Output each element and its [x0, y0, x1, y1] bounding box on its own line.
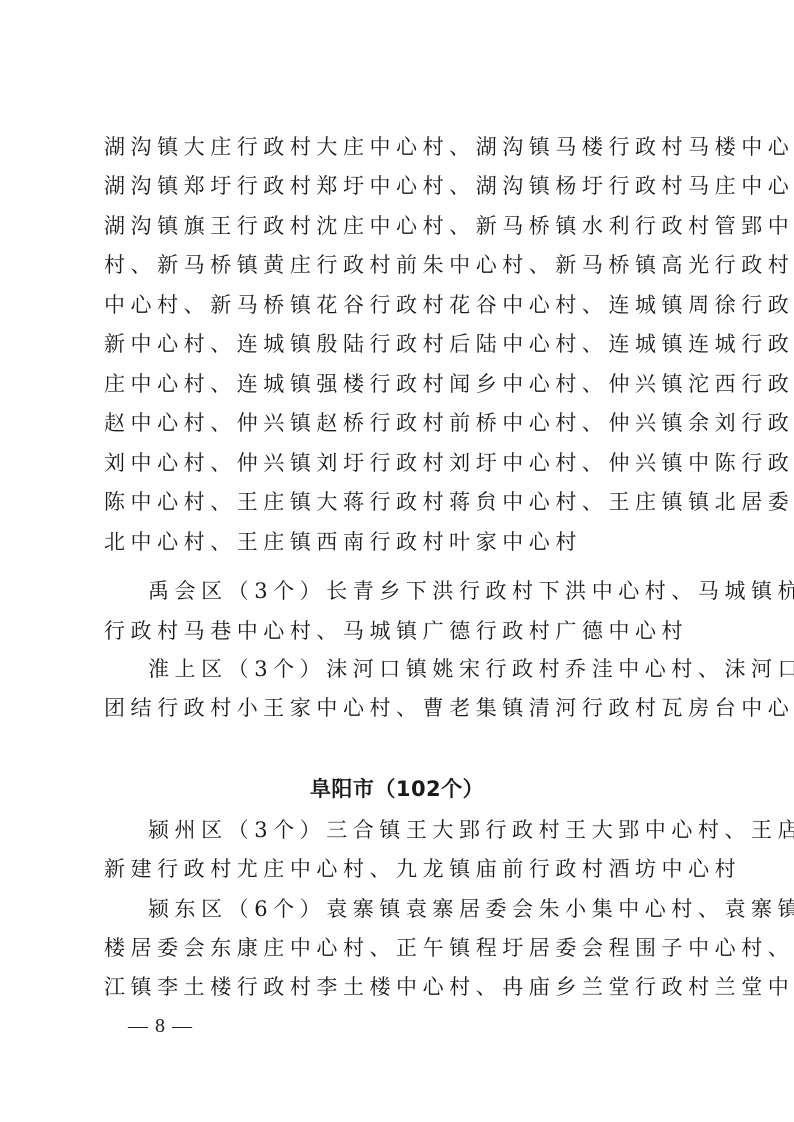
page-number: — 8 —	[128, 1012, 193, 1040]
text-line: 湖沟镇大庄行政村大庄中心村、湖沟镇马楼行政村马楼中心村、	[104, 132, 704, 162]
text-line: 江镇李土楼行政村李土楼中心村、冉庙乡兰堂行政村兰堂中心	[104, 972, 704, 1002]
paragraph-huaishang-district: 淮上区（3个）沫河口镇姚宋行政村乔洼中心村、沫河口镇	[148, 654, 748, 684]
text-line: 陈中心村、王庄镇大蒋行政村蒋贠中心村、王庄镇镇北居委会王	[104, 487, 704, 517]
text-line: 刘中心村、仲兴镇刘圩行政村刘圩中心村、仲兴镇中陈行政村前	[104, 448, 704, 478]
text-line: 湖沟镇郑圩行政村郑圩中心村、湖沟镇杨圩行政村马庄中心村、	[104, 171, 704, 201]
text-line: 新中心村、连城镇殷陆行政村后陆中心村、连城镇连城行政村张	[104, 329, 704, 359]
text-line: 村、新马桥镇黄庄行政村前朱中心村、新马桥镇高光行政村高湖	[104, 250, 704, 280]
text-line: 楼居委会东康庄中心村、正午镇程圩居委会程围子中心村、新乌	[104, 933, 704, 963]
text-line: 赵中心村、仲兴镇赵桥行政村前桥中心村、仲兴镇余刘行政村后	[104, 408, 704, 438]
text-line: 团结行政村小王家中心村、曹老集镇清河行政村瓦房台中心村	[104, 693, 704, 723]
text-line: 行政村马巷中心村、马城镇广德行政村广德中心村	[104, 616, 704, 646]
city-heading: 阜阳市（102个）	[0, 774, 794, 804]
text-line: 北中心村、王庄镇西南行政村叶家中心村	[104, 527, 704, 557]
paragraph-yingzhou-district: 颍州区（3个）三合镇王大郢行政村王大郢中心村、王店镇	[148, 815, 748, 845]
text-line: 湖沟镇旗王行政村沈庄中心村、新马桥镇水利行政村管郢中心	[104, 211, 704, 241]
paragraph-yuhui-district: 禹会区（3个）长青乡下洪行政村下洪中心村、马城镇杭刘	[148, 576, 748, 606]
text-line: 新建行政村尤庄中心村、九龙镇庙前行政村酒坊中心村	[104, 854, 704, 884]
text-line: 庄中心村、连城镇强楼行政村闻乡中心村、仲兴镇沱西行政村后	[104, 369, 704, 399]
text-line: 中心村、新马桥镇花谷行政村花谷中心村、连城镇周徐行政村卯	[104, 290, 704, 320]
document-page: 湖沟镇大庄行政村大庄中心村、湖沟镇马楼行政村马楼中心村、 湖沟镇郑圩行政村郑圩中…	[0, 0, 794, 1122]
paragraph-yingdong-district: 颍东区（6个）袁寨镇袁寨居委会朱小集中心村、袁寨镇前	[148, 894, 748, 924]
